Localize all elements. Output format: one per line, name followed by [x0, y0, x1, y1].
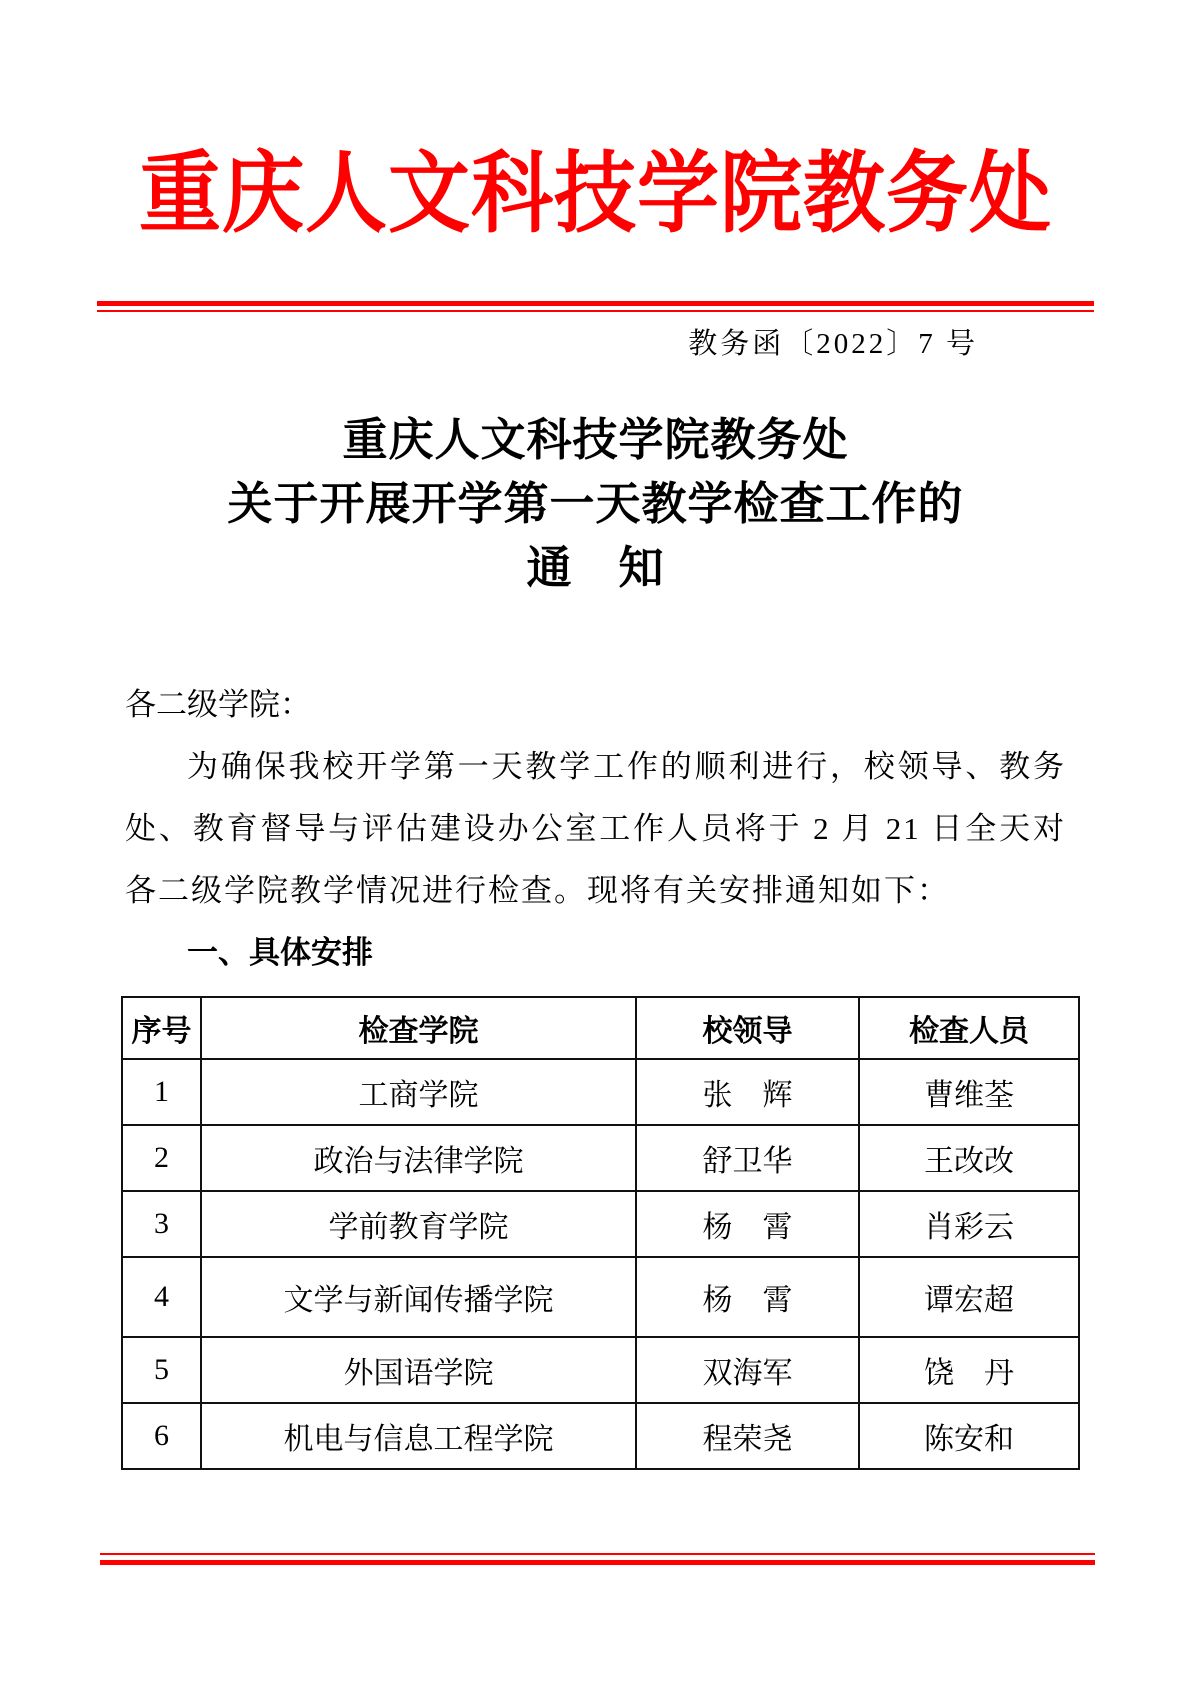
table-row: 4 文学与新闻传播学院 杨 霄 谭宏超	[122, 1257, 1079, 1337]
header-school-leader: 校领导	[636, 997, 859, 1059]
cell-school-leader: 杨 霄	[636, 1257, 859, 1337]
section-heading-arrangements: 一、具体安排	[125, 926, 1066, 980]
cell-school-leader: 张 辉	[636, 1059, 859, 1125]
cell-school-leader: 舒卫华	[636, 1125, 859, 1191]
cell-school-leader: 程荣尧	[636, 1403, 859, 1469]
rule-thick-line	[97, 301, 1094, 306]
inspection-schedule-table: 序号 检查学院 校领导 检查人员 1 工商学院 张 辉 曹维荃 2 政治与法律学…	[121, 996, 1080, 1470]
cell-college: 机电与信息工程学院	[201, 1403, 636, 1469]
rule-thin-line	[97, 310, 1094, 312]
document-number: 教务函〔2022〕7 号	[97, 322, 1094, 366]
notice-title-line1: 重庆人文科技学院教务处	[97, 408, 1094, 472]
notice-document-page: 重庆人文科技学院教务处 教务函〔2022〕7 号 重庆人文科技学院教务处 关于开…	[0, 0, 1191, 1684]
red-double-rule-bottom	[100, 1553, 1095, 1565]
cell-index: 1	[122, 1059, 201, 1125]
rule-thick-line	[100, 1560, 1095, 1565]
cell-index: 4	[122, 1257, 201, 1337]
header-college: 检查学院	[201, 997, 636, 1059]
masthead-title: 重庆人文科技学院教务处	[97, 140, 1094, 251]
cell-inspector: 肖彩云	[859, 1191, 1079, 1257]
cell-index: 6	[122, 1403, 201, 1469]
cell-college: 学前教育学院	[201, 1191, 636, 1257]
table-row: 3 学前教育学院 杨 霄 肖彩云	[122, 1191, 1079, 1257]
notice-body: 各二级学院： 为确保我校开学第一天教学工作的顺利进行，校领导、教务处、教育督导与…	[125, 674, 1066, 980]
cell-inspector: 王改改	[859, 1125, 1079, 1191]
table-row: 5 外国语学院 双海军 饶 丹	[122, 1337, 1079, 1403]
table-row: 2 政治与法律学院 舒卫华 王改改	[122, 1125, 1079, 1191]
cell-index: 5	[122, 1337, 201, 1403]
salutation: 各二级学院：	[125, 674, 1066, 736]
cell-index: 2	[122, 1125, 201, 1191]
table-row: 1 工商学院 张 辉 曹维荃	[122, 1059, 1079, 1125]
notice-title-line2: 关于开展开学第一天教学检查工作的	[97, 472, 1094, 536]
cell-college: 工商学院	[201, 1059, 636, 1125]
cell-school-leader: 杨 霄	[636, 1191, 859, 1257]
rule-thin-line	[100, 1553, 1095, 1555]
notice-title: 重庆人文科技学院教务处 关于开展开学第一天教学检查工作的 通 知	[97, 408, 1094, 600]
cell-college: 文学与新闻传播学院	[201, 1257, 636, 1337]
cell-school-leader: 双海军	[636, 1337, 859, 1403]
cell-inspector: 陈安和	[859, 1403, 1079, 1469]
cell-college: 政治与法律学院	[201, 1125, 636, 1191]
red-double-rule-top	[97, 301, 1094, 312]
cell-inspector: 曹维荃	[859, 1059, 1079, 1125]
cell-inspector: 谭宏超	[859, 1257, 1079, 1337]
cell-college: 外国语学院	[201, 1337, 636, 1403]
table-row: 6 机电与信息工程学院 程荣尧 陈安和	[122, 1403, 1079, 1469]
header-index: 序号	[122, 997, 201, 1059]
cell-index: 3	[122, 1191, 201, 1257]
table-header-row: 序号 检查学院 校领导 检查人员	[122, 997, 1079, 1059]
notice-title-line3: 通 知	[97, 536, 1094, 600]
header-inspector: 检查人员	[859, 997, 1079, 1059]
cell-inspector: 饶 丹	[859, 1337, 1079, 1403]
body-paragraph: 为确保我校开学第一天教学工作的顺利进行，校领导、教务处、教育督导与评估建设办公室…	[125, 736, 1066, 922]
